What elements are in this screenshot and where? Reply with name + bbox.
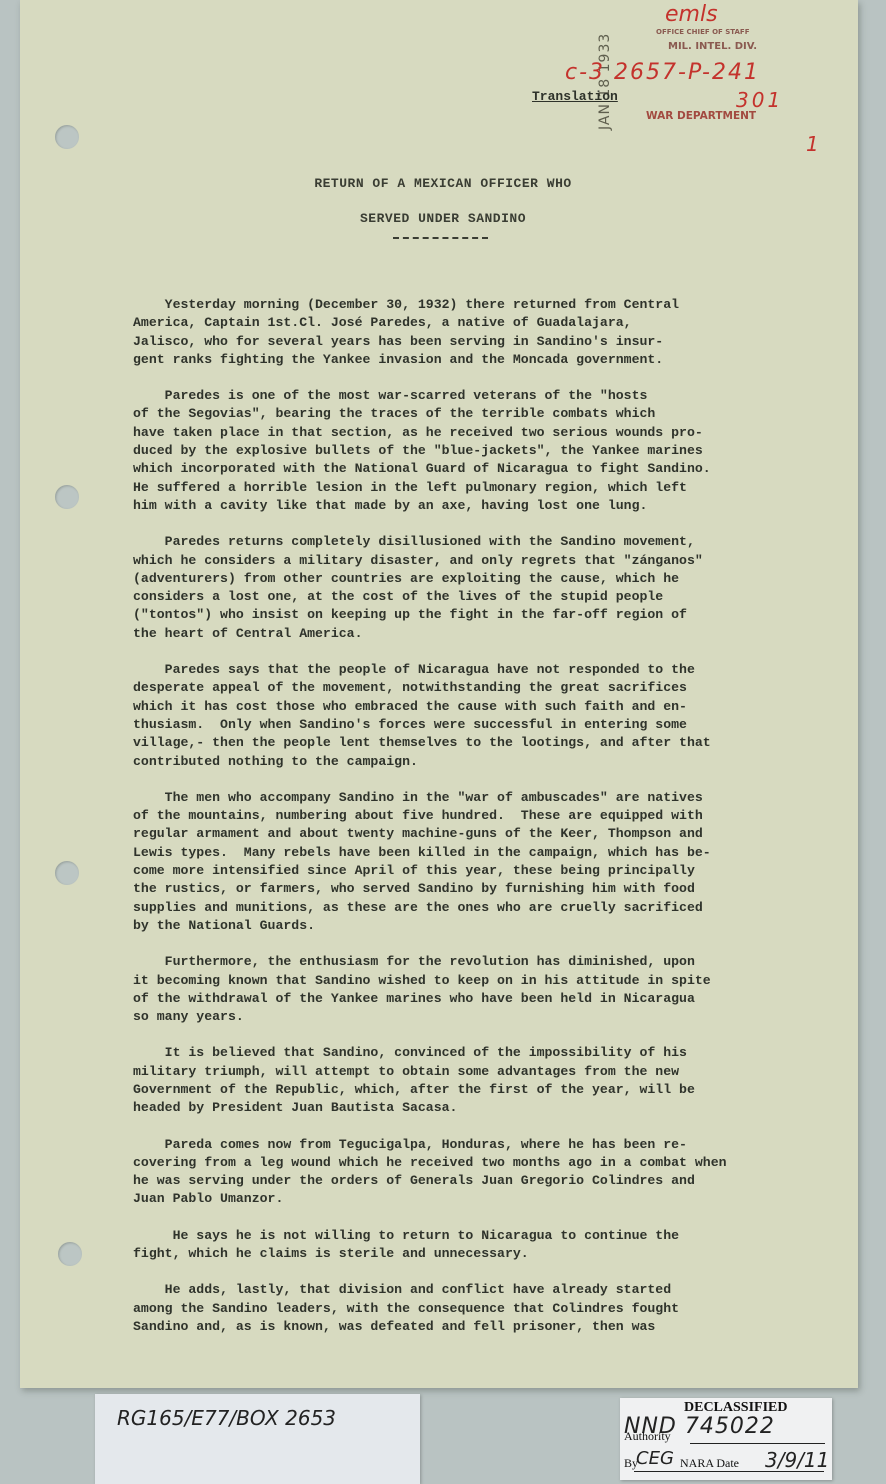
punch-hole	[55, 861, 79, 885]
document-body: Yesterday morning (December 30, 1932) th…	[133, 296, 823, 1354]
paragraph: Paredes returns completely disillusioned…	[133, 533, 823, 643]
archive-label-card: RG165/E77/BOX 2653	[95, 1394, 420, 1484]
date-line	[634, 1471, 824, 1472]
document-title-line-2: SERVED UNDER SANDINO	[0, 211, 886, 226]
punch-hole	[55, 125, 79, 149]
sub-number: 301	[736, 88, 783, 112]
authority-label: Authority	[624, 1429, 671, 1444]
nara-date-label: NARA Date	[680, 1456, 739, 1471]
paragraph: Paredes says that the people of Nicaragu…	[133, 661, 823, 771]
division-stamp: MIL. INTEL. DIV.	[668, 41, 757, 52]
paragraph: It is believed that Sandino, convinced o…	[133, 1044, 823, 1117]
by-initials: CEG	[636, 1448, 674, 1469]
paragraph: Pareda comes now from Tegucigalpa, Hondu…	[133, 1136, 823, 1209]
title-underline	[393, 237, 488, 239]
declassified-stamp-card: DECLASSIFIED NND 745022 Authority By CEG…	[620, 1398, 832, 1480]
paragraph: Furthermore, the enthusiasm for the revo…	[133, 953, 823, 1026]
paragraph: Yesterday morning (December 30, 1932) th…	[133, 296, 823, 369]
punch-hole	[55, 485, 79, 509]
punch-hole	[58, 1242, 82, 1266]
archive-label: RG165/E77/BOX 2653	[117, 1406, 336, 1430]
paragraph: The men who accompany Sandino in the "wa…	[133, 789, 823, 935]
war-department-stamp: WAR DEPARTMENT	[646, 110, 756, 122]
file-number: c-3 2657-P-241	[565, 60, 760, 85]
date-value: 3/9/11	[765, 1448, 829, 1472]
paragraph: He adds, lastly, that division and confl…	[133, 1281, 823, 1336]
paragraph: Paredes is one of the most war-scarred v…	[133, 387, 823, 515]
office-initials: emls	[665, 2, 718, 27]
paragraph: He says he is not willing to return to N…	[133, 1227, 823, 1264]
page-mark: 1	[806, 132, 819, 156]
authority-line	[690, 1443, 825, 1444]
office-stamp-line: OFFICE CHIEF OF STAFF	[656, 28, 750, 36]
document-title-line-1: RETURN OF A MEXICAN OFFICER WHO	[0, 176, 886, 191]
translation-label: Translation	[532, 89, 618, 104]
